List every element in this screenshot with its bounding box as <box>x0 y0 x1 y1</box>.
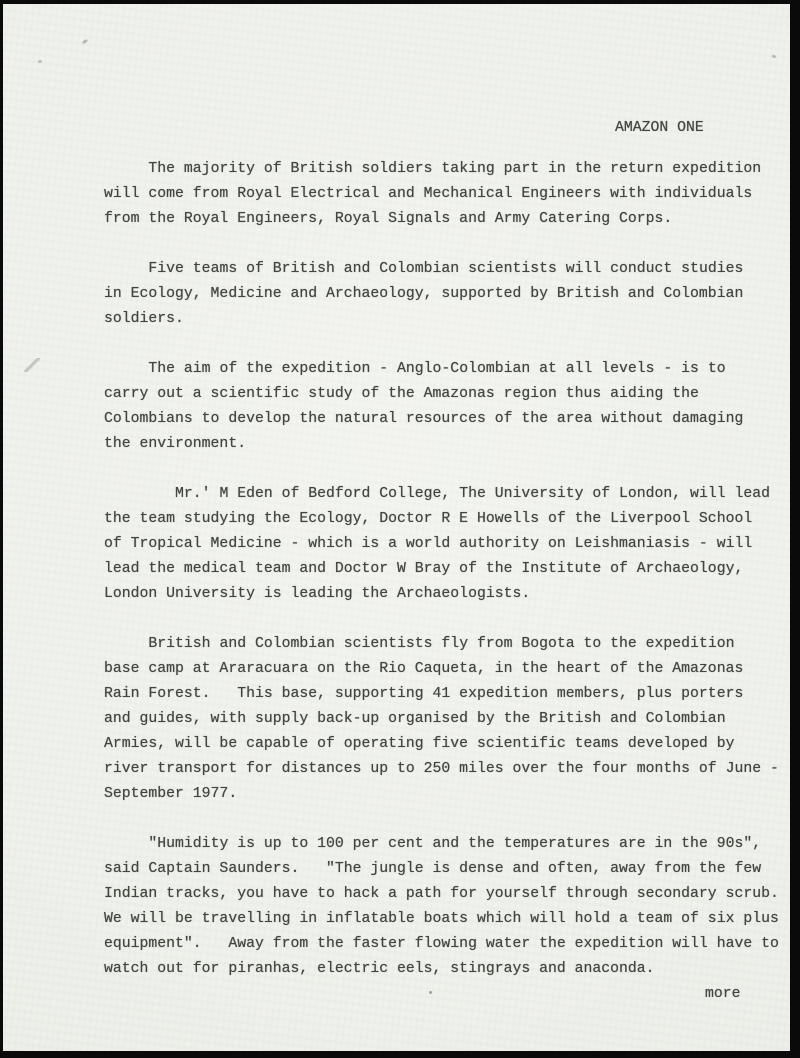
paragraph: Mr.' M Eden of Bedford College, The Univ… <box>104 482 794 607</box>
document-content: AMAZON ONE The majority of British soldi… <box>0 0 800 1007</box>
paragraph: British and Colombian scientists fly fro… <box>104 632 794 807</box>
photo-frame: AMAZON ONE The majority of British soldi… <box>0 0 800 1058</box>
paragraph: The majority of British soldiers taking … <box>104 157 794 232</box>
paragraph: "Humidity is up to 100 per cent and the … <box>104 832 794 982</box>
paragraph: Five teams of British and Colombian scie… <box>104 257 794 332</box>
continuation-marker: more <box>705 982 800 1007</box>
paragraph: The aim of the expedition - Anglo-Colomb… <box>104 357 794 457</box>
page-title: AMAZON ONE <box>615 116 800 141</box>
